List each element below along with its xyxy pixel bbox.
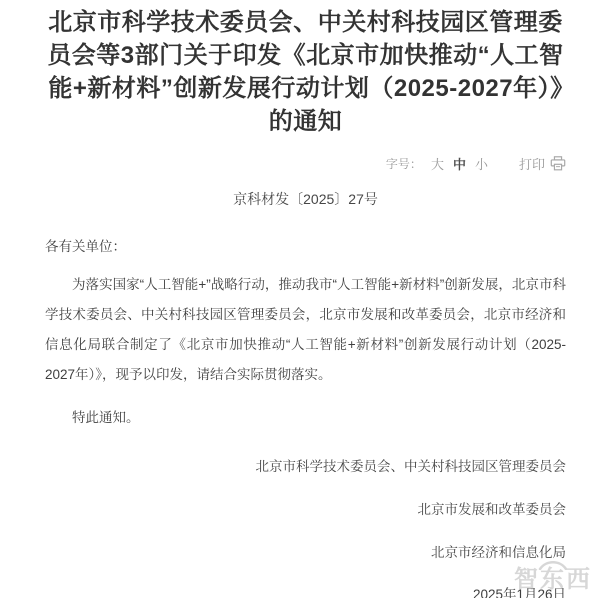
signature-line: 北京市发展和改革委员会 — [45, 501, 566, 519]
notice-page: 北京市科学技术委员会、中关村科技园区管理委员会等3部门关于印发《北京市加快推动“… — [0, 0, 600, 598]
font-size-option-large[interactable]: 大 — [431, 154, 444, 173]
font-size-option-medium[interactable]: 中 — [453, 154, 466, 173]
print-button[interactable]: 打印 — [519, 154, 566, 173]
font-size-option-small[interactable]: 小 — [475, 154, 488, 173]
salutation: 各有关单位： — [45, 235, 566, 255]
signature-line: 北京市经济和信息化局 — [45, 544, 566, 562]
print-button-label: 打印 — [519, 154, 545, 173]
body-paragraph: 为落实国家“人工智能+”战略行动，推动我市“人工智能+新材料”创新发展，北京市科… — [45, 270, 566, 390]
closing-line: 特此通知。 — [45, 403, 566, 433]
document-number: 京科材发〔2025〕27号 — [45, 189, 566, 209]
signature-block: 北京市科学技术委员会、中关村科技园区管理委员会 北京市发展和改革委员会 北京市经… — [45, 458, 566, 598]
date-line: 2025年1月26日 — [45, 586, 566, 598]
printer-icon — [550, 156, 566, 171]
signature-line: 北京市科学技术委员会、中关村科技园区管理委员会 — [45, 458, 566, 476]
font-size-toolbar: 字号： 大 中 小 打印 — [45, 154, 566, 172]
font-size-label: 字号： — [386, 155, 422, 172]
page-title: 北京市科学技术委员会、中关村科技园区管理委员会等3部门关于印发《北京市加快推动“… — [45, 6, 566, 138]
